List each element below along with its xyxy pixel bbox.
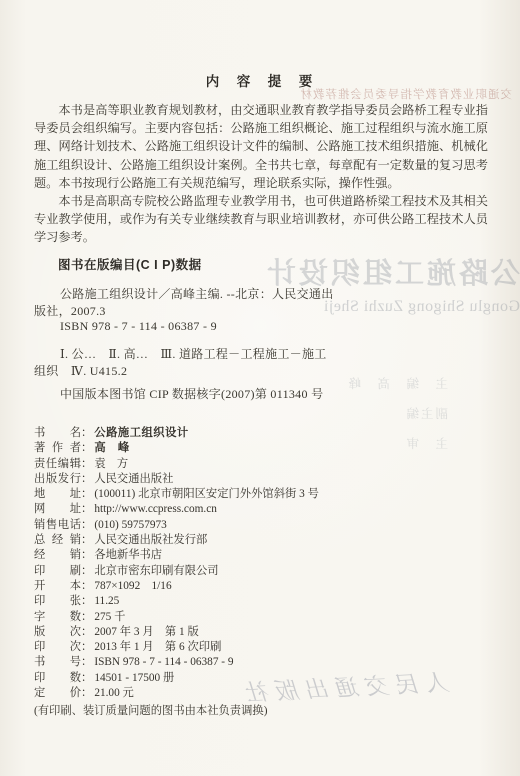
colophon-label: 总经销 bbox=[34, 533, 81, 548]
colophon-label: 销售电话 bbox=[34, 518, 81, 533]
cip-isbn: ISBN 978 - 7 - 114 - 06387 - 9 bbox=[60, 319, 217, 334]
colophon-value: 275 千 bbox=[94, 611, 125, 623]
cip-classification-cont: 组织 Ⅳ. U415.2 bbox=[34, 362, 127, 379]
colophon-value: 11.25 bbox=[94, 595, 119, 607]
colophon-row-sales-phone: 销售电话：(010) 59757973 bbox=[34, 518, 496, 533]
colophon-label: 印数 bbox=[34, 671, 81, 686]
colophon-colon: ： bbox=[81, 671, 92, 686]
colophon-row-price: 定价：21.00 元 bbox=[34, 686, 496, 701]
synopsis-paragraph-1: 本书是高等职业教育规划教材，由交通职业教育教学指导委员会路桥工程专业指导委员会组… bbox=[34, 101, 488, 192]
colophon-label: 字数 bbox=[34, 610, 81, 625]
colophon-label: 责任编辑 bbox=[34, 457, 81, 472]
colophon-colon: ： bbox=[81, 594, 92, 609]
colophon-row-editor: 责任编辑：袁 方 bbox=[34, 457, 496, 472]
colophon-row-distributor: 经销：各地新华书店 bbox=[34, 548, 496, 563]
colophon-label: 书名 bbox=[34, 426, 81, 441]
colophon-row-book-number: 书号：ISBN 978 - 7 - 114 - 06387 - 9 bbox=[34, 655, 496, 670]
colophon-value: 人民交通出版社发行部 bbox=[94, 534, 207, 546]
colophon-label: 出版发行 bbox=[34, 472, 81, 487]
colophon-value: 21.00 元 bbox=[94, 687, 134, 699]
colophon-value: 14501 - 17500 册 bbox=[94, 672, 174, 684]
colophon-colon: ： bbox=[81, 564, 92, 579]
colophon-label: 经销 bbox=[34, 548, 81, 563]
colophon-row-sheets: 印张：11.25 bbox=[34, 594, 496, 609]
colophon-row-printer: 印刷：北京市密东印刷有限公司 bbox=[34, 564, 496, 579]
colophon-value: 787×1092 1/16 bbox=[94, 580, 171, 592]
colophon-row-address: 地址：(100011) 北京市朝阳区安定门外外馆斜街 3 号 bbox=[34, 487, 496, 502]
colophon-row-author: 著作者：高 峰 bbox=[34, 441, 496, 456]
colophon-row-format: 开本：787×1092 1/16 bbox=[34, 579, 496, 594]
colophon-value: 袁 方 bbox=[94, 458, 128, 470]
colophon-row-printing: 印次：2013 年 1 月 第 6 次印刷 bbox=[34, 640, 496, 655]
colophon-list: 书名：公路施工组织设计 著作者：高 峰 责任编辑：袁 方 出版发行：人民交通出版… bbox=[34, 426, 496, 701]
colophon-colon: ： bbox=[81, 625, 92, 640]
colophon-colon: ： bbox=[81, 686, 92, 701]
ghost-deputy-editor-line: 副主编 bbox=[298, 404, 448, 422]
colophon-label: 印次 bbox=[34, 640, 81, 655]
colophon-colon: ： bbox=[81, 610, 92, 625]
content-summary-body: 本书是高等职业教育规划教材，由交通职业教育教学指导委员会路桥工程专业指导委员会组… bbox=[34, 101, 488, 247]
cip-heading: 图书在版编目(C I P)数据 bbox=[58, 255, 202, 273]
colophon-value: ISBN 978 - 7 - 114 - 06387 - 9 bbox=[94, 656, 233, 668]
colophon-colon: ： bbox=[81, 502, 92, 517]
copyright-page: 交通职业教育教学指导委员会推荐教材 公路施工组织设计 Gonglu Shigon… bbox=[0, 0, 520, 776]
synopsis-paragraph-2: 本书是高职高专院校公路监理专业教学用书，也可供道路桥梁工程技术及其相关专业教学使… bbox=[34, 192, 488, 247]
colophon-label: 开本 bbox=[34, 579, 81, 594]
cip-classification-line: Ⅰ. 公… Ⅱ. 高… Ⅲ. 道路工程－工程施工－施工 bbox=[60, 345, 327, 362]
colophon-value: 2013 年 1 月 第 6 次印刷 bbox=[94, 641, 221, 653]
colophon-colon: ： bbox=[81, 548, 92, 563]
colophon-colon: ： bbox=[81, 518, 92, 533]
colophon-row-website: 网址：http://www.ccpress.com.cn bbox=[34, 502, 496, 517]
colophon-value: (100011) 北京市朝阳区安定门外外馆斜街 3 号 bbox=[94, 488, 319, 500]
colophon-label: 著作者 bbox=[34, 441, 81, 456]
colophon-colon: ： bbox=[81, 426, 92, 441]
content-summary-heading: 内 容 提 要 bbox=[0, 70, 520, 90]
colophon-value: 人民交通出版社 bbox=[94, 473, 173, 485]
quality-exchange-note: (有印刷、装订质量问题的图书由本社负责调换) bbox=[34, 702, 267, 718]
colophon-value: http://www.ccpress.com.cn bbox=[94, 503, 217, 515]
colophon-value: 高 峰 bbox=[94, 442, 129, 454]
cip-title-line-cont: 版社，2007.3 bbox=[34, 302, 106, 319]
colophon-label: 定价 bbox=[34, 686, 81, 701]
colophon-value: 公路施工组织设计 bbox=[94, 427, 188, 439]
colophon-label: 版次 bbox=[34, 625, 81, 640]
colophon-row-edition: 版次：2007 年 3 月 第 1 版 bbox=[34, 625, 496, 640]
colophon-colon: ： bbox=[81, 579, 92, 594]
colophon-label: 书号 bbox=[34, 655, 81, 670]
colophon-row-print-run: 印数：14501 - 17500 册 bbox=[34, 671, 496, 686]
colophon-colon: ： bbox=[81, 640, 92, 655]
colophon-colon: ： bbox=[81, 472, 92, 487]
colophon-label: 地址 bbox=[34, 487, 81, 502]
colophon-value: 北京市密东印刷有限公司 bbox=[94, 565, 218, 577]
colophon-value: (010) 59757973 bbox=[94, 519, 166, 531]
colophon-row-publisher: 出版发行：人民交通出版社 bbox=[34, 472, 496, 487]
colophon-label: 印刷 bbox=[34, 564, 81, 579]
cip-title-line: 公路施工组织设计／高峰主编. --北京：人民交通出 bbox=[60, 285, 334, 302]
colophon-row-general-distributor: 总经销：人民交通出版社发行部 bbox=[34, 533, 496, 548]
colophon-label: 印张 bbox=[34, 594, 81, 609]
colophon-colon: ： bbox=[81, 655, 92, 670]
colophon-value: 2007 年 3 月 第 1 版 bbox=[94, 626, 199, 638]
colophon-colon: ： bbox=[81, 533, 92, 548]
colophon-colon: ： bbox=[81, 487, 92, 502]
colophon-row-book-title: 书名：公路施工组织设计 bbox=[34, 426, 496, 441]
colophon-row-word-count: 字数：275 千 bbox=[34, 610, 496, 625]
colophon-colon: ： bbox=[81, 441, 92, 456]
colophon-value: 各地新华书店 bbox=[94, 549, 162, 561]
cip-registry-number: 中国版本图书馆 CIP 数据核字(2007)第 011340 号 bbox=[60, 385, 323, 402]
colophon-colon: ： bbox=[81, 457, 92, 472]
colophon-label: 网址 bbox=[34, 502, 81, 517]
